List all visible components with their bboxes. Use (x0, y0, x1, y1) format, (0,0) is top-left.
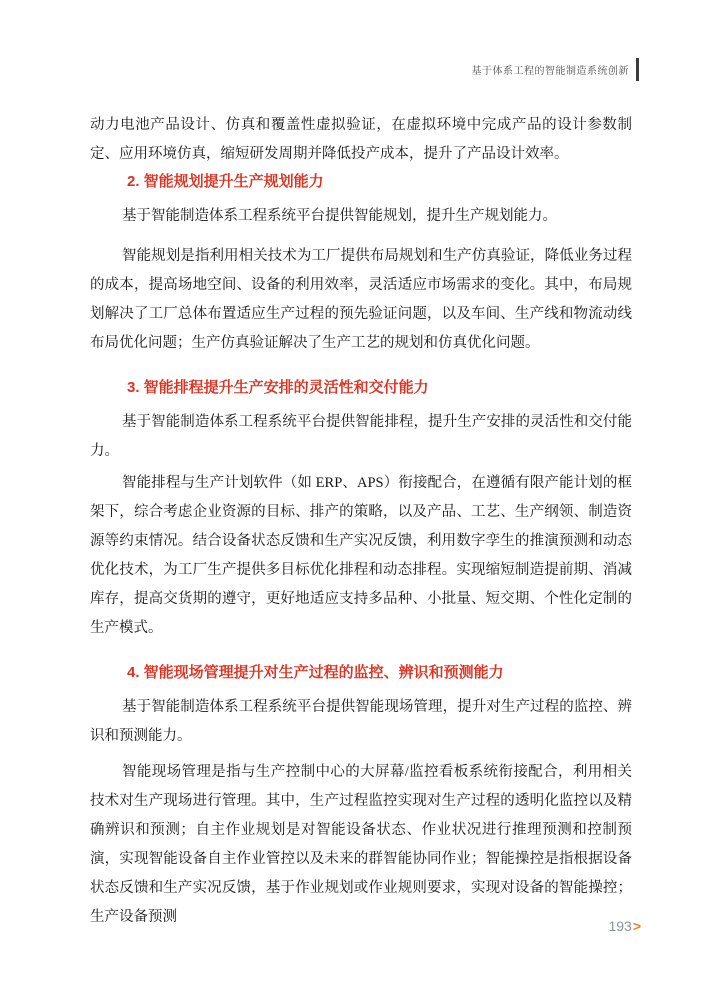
paragraph: 基于智能制造体系工程系统平台提供智能排程，提升生产安排的灵活性和交付能力。 (90, 408, 632, 466)
paragraph: 智能现场管理是指与生产控制中心的大屏幕/监控看板系统衔接配合，利用相关技术对生产… (90, 758, 632, 932)
page-number: 193 (608, 918, 631, 934)
section-heading-2: 2. 智能规划提升生产规划能力 (90, 173, 632, 190)
page-footer: 193> (608, 918, 641, 934)
page-arrow-icon: > (633, 918, 641, 934)
header-divider-bar (636, 58, 639, 81)
section-heading-4: 4. 智能现场管理提升对生产过程的监控、辨识和预测能力 (90, 664, 632, 681)
paragraph: 智能排程与生产计划软件（如 ERP、APS）衔接配合，在遵循有限产能计划的框架下… (90, 469, 632, 643)
paragraph: 基于智能制造体系工程系统平台提供智能现场管理，提升对生产过程的监控、辨识和预测能… (90, 693, 632, 751)
paragraph-intro: 动力电池产品设计、仿真和覆盖性虚拟验证，在虚拟环境中完成产品的设计参数制定、应用… (90, 111, 632, 169)
document-page: 基于体系工程的智能制造系统创新 动力电池产品设计、仿真和覆盖性虚拟验证，在虚拟环… (0, 0, 721, 1005)
paragraph: 基于智能制造体系工程系统平台提供智能规划，提升生产规划能力。 (90, 202, 632, 231)
paragraph: 智能规划是指利用相关技术为工厂提供布局规划和生产仿真验证，降低业务过程的成本，提… (90, 242, 632, 358)
page-header: 基于体系工程的智能制造系统创新 (472, 58, 640, 81)
section-heading-3: 3. 智能排程提升生产安排的灵活性和交付能力 (90, 379, 632, 396)
page-body: 动力电池产品设计、仿真和覆盖性虚拟验证，在虚拟环境中完成产品的设计参数制定、应用… (90, 111, 632, 932)
running-head-title: 基于体系工程的智能制造系统创新 (472, 62, 630, 77)
